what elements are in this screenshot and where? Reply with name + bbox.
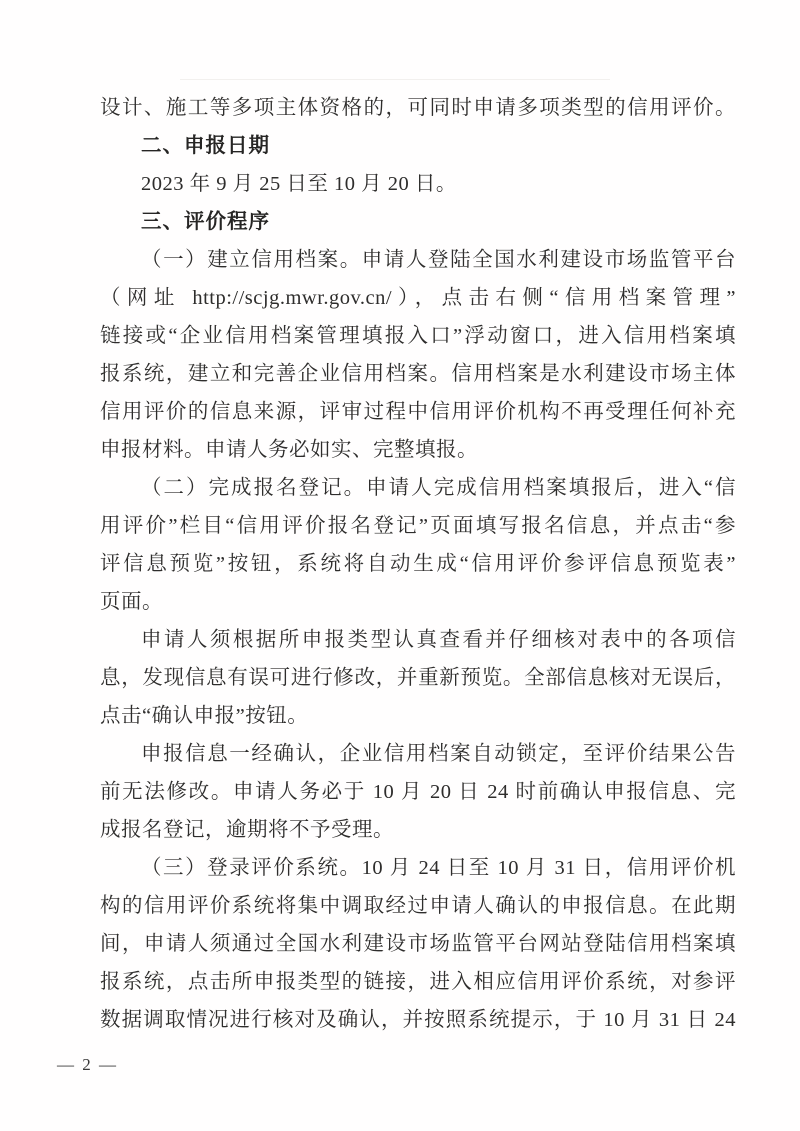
- text-line: （一）建立信用档案。申请人登陆全国水利建设市场监管平台: [100, 241, 736, 279]
- heading-line: 二、申报日期: [100, 127, 736, 165]
- text-block: 设计、施工等多项主体资格的，可同时申请多项类型的信用评价。二、申报日期2023 …: [100, 89, 736, 1039]
- page-number: — 2 —: [57, 1055, 118, 1075]
- text-line: 2023 年 9 月 25 日至 10 月 20 日。: [100, 165, 736, 203]
- text-line: 页面。: [100, 583, 736, 621]
- text-line: 报系统，点击所申报类型的链接，进入相应信用评价系统，对参评: [100, 963, 736, 1001]
- text-line: 成报名登记，逾期将不予受理。: [100, 811, 736, 849]
- text-line: （网址 http://scjg.mwr.gov.cn/），点击右侧“信用档案管理…: [100, 279, 736, 317]
- document-page: 设计、施工等多项主体资格的，可同时申请多项类型的信用评价。二、申报日期2023 …: [0, 0, 800, 1131]
- text-line: 评信息预览”按钮，系统将自动生成“信用评价参评信息预览表”: [100, 545, 736, 583]
- heading-line: 三、评价程序: [100, 203, 736, 241]
- text-line: 信用评价的信息来源，评审过程中信用评价机构不再受理任何补充: [100, 393, 736, 431]
- text-line: 申报信息一经确认，企业信用档案自动锁定，至评价结果公告: [100, 735, 736, 773]
- text-line: 前无法修改。申请人务必于 10 月 20 日 24 时前确认申报信息、完: [100, 773, 736, 811]
- text-line: 息，发现信息有误可进行修改，并重新预览。全部信息核对无误后，: [100, 659, 736, 697]
- text-line: 数据调取情况进行核对及确认，并按照系统提示，于 10 月 31 日 24: [100, 1001, 736, 1039]
- text-line: 间，申请人须通过全国水利建设市场监管平台网站登陆信用档案填: [100, 925, 736, 963]
- text-line: 申请人须根据所申报类型认真查看并仔细核对表中的各项信: [100, 621, 736, 659]
- text-line: 申报材料。申请人务必如实、完整填报。: [100, 431, 736, 469]
- text-line: 点击“确认申报”按钮。: [100, 697, 736, 735]
- text-line: 用评价”栏目“信用评价报名登记”页面填写报名信息，并点击“参: [100, 507, 736, 545]
- text-line: （三）登录评价系统。10 月 24 日至 10 月 31 日，信用评价机: [100, 849, 736, 887]
- text-line: 设计、施工等多项主体资格的，可同时申请多项类型的信用评价。: [100, 89, 736, 127]
- text-line: 链接或“企业信用档案管理填报入口”浮动窗口，进入信用档案填: [100, 317, 736, 355]
- text-line: 报系统，建立和完善企业信用档案。信用档案是水利建设市场主体: [100, 355, 736, 393]
- text-line: （二）完成报名登记。申请人完成信用档案填报后，进入“信: [100, 469, 736, 507]
- scan-artifact-line: [180, 79, 610, 80]
- text-line: 构的信用评价系统将集中调取经过申请人确认的申报信息。在此期: [100, 887, 736, 925]
